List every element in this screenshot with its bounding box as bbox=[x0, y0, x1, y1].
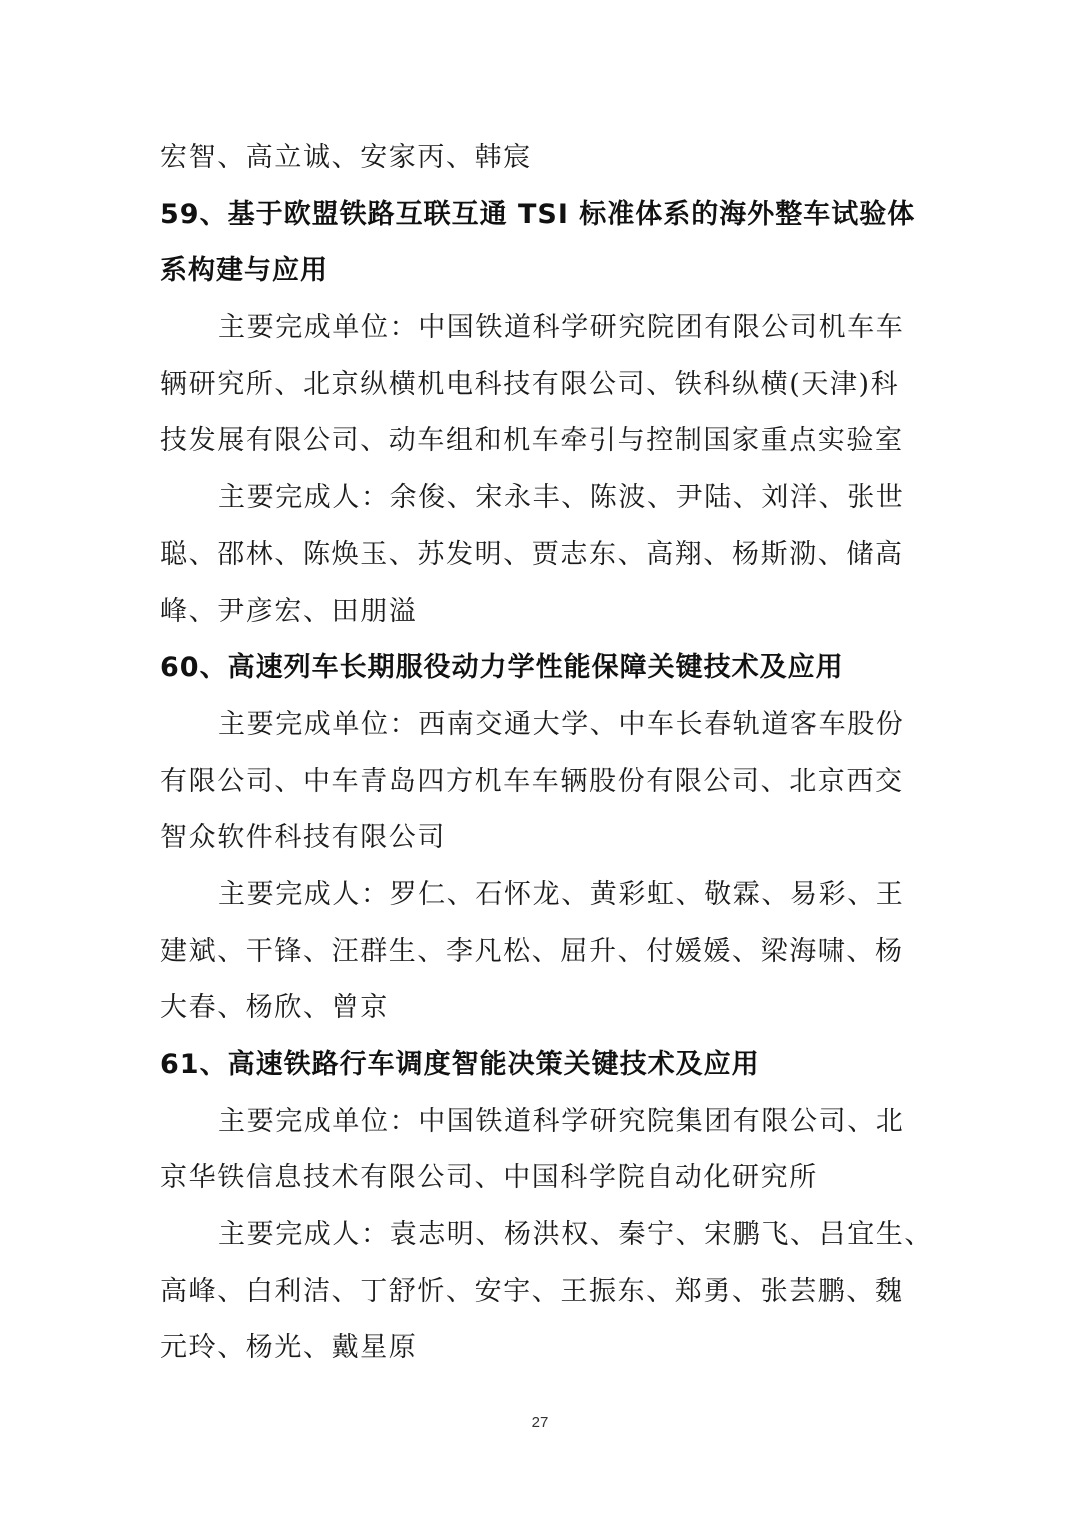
units-line: 技发展有限公司、动车组和机车牵引与控制国家重点实验室 bbox=[160, 413, 922, 470]
project-59: 59、基于欧盟铁路互联互通 TSI 标准体系的海外整车试验体 系构建与应用 主要… bbox=[160, 187, 922, 641]
project-60: 60、高速列车长期服役动力学性能保障关键技术及应用 主要完成单位：西南交通大学、… bbox=[160, 640, 922, 1037]
persons-line: 高峰、白利洁、丁舒忻、安宇、王振东、郑勇、张芸鹏、魏 bbox=[160, 1264, 922, 1321]
units-line: 有限公司、中车青岛四方机车车辆股份有限公司、北京西交 bbox=[160, 754, 922, 811]
units-line: 辆研究所、北京纵横机电科技有限公司、铁科纵横(天津)科 bbox=[160, 357, 922, 414]
persons-line: 主要完成人：袁志明、杨洪权、秦宁、宋鹏飞、吕宜生、 bbox=[160, 1207, 922, 1264]
continuation-line: 宏智、高立诚、安家丙、韩宸 bbox=[160, 130, 922, 187]
project-title: 61、高速铁路行车调度智能决策关键技术及应用 bbox=[160, 1037, 922, 1094]
project-title: 59、基于欧盟铁路互联互通 TSI 标准体系的海外整车试验体 bbox=[160, 187, 922, 244]
persons-line: 主要完成人：余俊、宋永丰、陈波、尹陆、刘洋、张世 bbox=[160, 470, 922, 527]
project-61: 61、高速铁路行车调度智能决策关键技术及应用 主要完成单位：中国铁道科学研究院集… bbox=[160, 1037, 922, 1377]
persons-line: 建斌、干锋、汪群生、李凡松、屈升、付媛媛、梁海啸、杨 bbox=[160, 924, 922, 981]
units-line: 京华铁信息技术有限公司、中国科学院自动化研究所 bbox=[160, 1150, 922, 1207]
persons-line: 主要完成人：罗仁、石怀龙、黄彩虹、敬霖、易彩、王 bbox=[160, 867, 922, 924]
project-title: 系构建与应用 bbox=[160, 243, 922, 300]
persons-line: 元玲、杨光、戴星原 bbox=[160, 1320, 922, 1377]
units-line: 智众软件科技有限公司 bbox=[160, 810, 922, 867]
document-page: 宏智、高立诚、安家丙、韩宸 59、基于欧盟铁路互联互通 TSI 标准体系的海外整… bbox=[160, 130, 922, 1377]
project-title: 60、高速列车长期服役动力学性能保障关键技术及应用 bbox=[160, 640, 922, 697]
units-line: 主要完成单位：西南交通大学、中车长春轨道客车股份 bbox=[160, 697, 922, 754]
page-number: 27 bbox=[0, 1414, 1080, 1431]
units-line: 主要完成单位：中国铁道科学研究院集团有限公司、北 bbox=[160, 1094, 922, 1151]
persons-line: 聪、邵林、陈焕玉、苏发明、贾志东、高翔、杨斯泐、储高 bbox=[160, 527, 922, 584]
units-line: 主要完成单位：中国铁道科学研究院团有限公司机车车 bbox=[160, 300, 922, 357]
persons-line: 大春、杨欣、曾京 bbox=[160, 980, 922, 1037]
persons-line: 峰、尹彦宏、田朋溢 bbox=[160, 584, 922, 641]
